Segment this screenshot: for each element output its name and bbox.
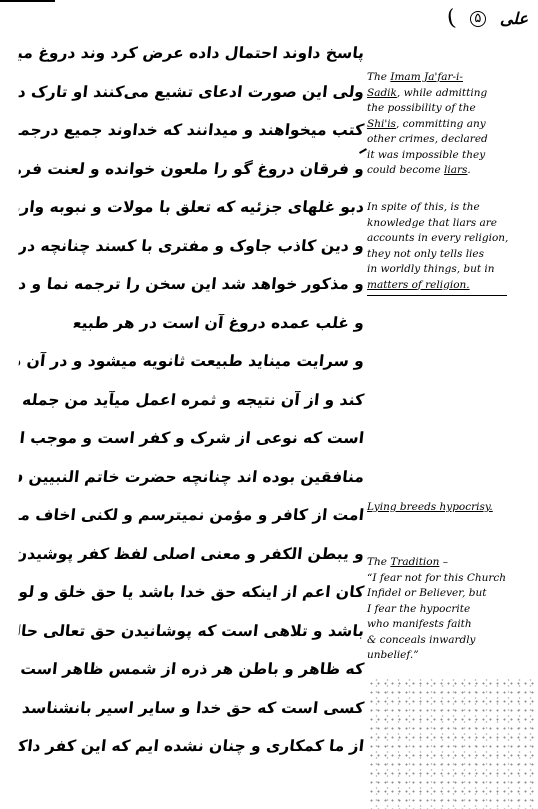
note-text: The (367, 556, 390, 568)
text-line: و مذکور خواهد شد این سخن را ترجمه نما و … (16, 275, 365, 314)
note-underlined-term: liars (444, 164, 467, 176)
margin-note-liars: In spite of this, is the knowledge that … (367, 200, 535, 296)
note-text: & conceals inwardly (367, 633, 535, 649)
note-text: Infidel or Believer, but (367, 586, 535, 602)
text-line: کسی است که حق خدا و سایر اسیر بانشناسد و… (16, 699, 365, 738)
margin-note-hypocrisy: Lying breeds hypocrisy. (367, 500, 535, 516)
note-text: other crimes, declared (367, 132, 535, 148)
page-header: ( ۵ ﻋﻠﯽ (447, 6, 528, 31)
top-edge-rule (0, 0, 55, 2)
persian-main-text: پاسخ داوند احتمال داده عرض کرد وند دروغ … (18, 44, 363, 776)
note-text: In spite of this, is the (367, 200, 535, 216)
text-line: کتب میخواهند و میدانند که خداوند جمیع در… (16, 121, 365, 160)
margin-note-imam: The Imam Ja'far-i- Sadik, while admittin… (367, 70, 535, 179)
note-text: , while admitting (397, 87, 487, 99)
note-text: accounts in every religion, (367, 231, 535, 247)
text-line: و غلب عمده دروغ آن است در هر طبیعتی که س… (71, 314, 365, 353)
note-text: it was impossible they (367, 148, 535, 164)
header-paren: ( (446, 6, 458, 32)
text-line: و یبطن الکفر و معنی اصلی لفظ کفر پوشیدن … (16, 545, 365, 584)
note-underlined-name: Sadik (367, 87, 397, 99)
text-line: است که نوعی از شرک و کفر است و موجب انهد… (16, 429, 365, 468)
note-text: . (467, 164, 470, 176)
text-line: از ما کمکاری و چنان نشده ایم که این کفر … (16, 737, 365, 776)
page-number: ۵ (470, 11, 486, 27)
note-underlined-name: Imam Ja'far-i- (390, 71, 463, 83)
manuscript-page: ( ۵ ﻋﻠﯽ پاسخ داوند احتمال داده عرض کرد و… (0, 0, 538, 809)
note-underlined-term: Shi'is (367, 118, 396, 130)
note-text: I fear the hypocrite (367, 602, 535, 618)
text-line: که ظاهر و باطن هر ذره از شمس ظاهر است با… (16, 660, 365, 699)
note-text: matters of religion. (367, 278, 535, 294)
text-line: و دین کاذب جاوک و مفتری با کسند چنانچه د… (16, 237, 365, 276)
note-text: – (439, 556, 448, 568)
note-text: unbelief.” (367, 648, 535, 664)
note-text: they not only tells lies (367, 247, 535, 263)
note-text: in worldly things, but in (367, 262, 535, 278)
text-line: باشد و تلاهی است که پوشانیدن حق تعالی حا… (16, 622, 365, 661)
text-line: امت از کافر و مؤمن نمیترسم و لکنی اخاف م… (16, 506, 365, 545)
note-text: , committing any (396, 118, 486, 130)
text-line: کند و از آن نتیجه و ثمره اعمل میآید من ج… (16, 391, 365, 430)
scan-noise (368, 679, 538, 809)
text-line: منافقین بوده اند چنانچه حضرت خاتم النبیی… (16, 468, 365, 507)
header-signature: ﻋﻠﯽ (500, 9, 528, 28)
text-line: و سرایت میناید طبیعت ثانویه میشود و در آ… (16, 352, 365, 391)
note-text: could become (367, 164, 444, 176)
text-line: و فرقان دروغ گو را ملعون خوانده و لعنت ف… (16, 160, 365, 199)
text-line: ولی این صورت ادعای تشیع می‌کنند او تارک … (16, 83, 365, 122)
text-line: دبو غلهای جزئیه که تعلق با مولات و نبوبه… (16, 198, 365, 237)
text-line: کان اعم از اینکه حق خدا باشد یا حق خلق و… (16, 583, 365, 622)
note-text: who manifests faith (367, 617, 535, 633)
text-line: پاسخ داوند احتمال داده عرض کرد وند دروغ … (16, 44, 365, 83)
note-text: The (367, 71, 390, 83)
note-heading: Lying breeds hypocrisy. (367, 500, 535, 516)
note-text: knowledge that liars are (367, 216, 535, 232)
margin-note-tradition: The Tradition – “I fear not for this Chu… (367, 555, 535, 664)
note-text: the possibility of the (367, 101, 535, 117)
note-divider (367, 295, 507, 296)
note-heading: Tradition (390, 556, 439, 568)
note-text: “I fear not for this Church (367, 571, 535, 587)
